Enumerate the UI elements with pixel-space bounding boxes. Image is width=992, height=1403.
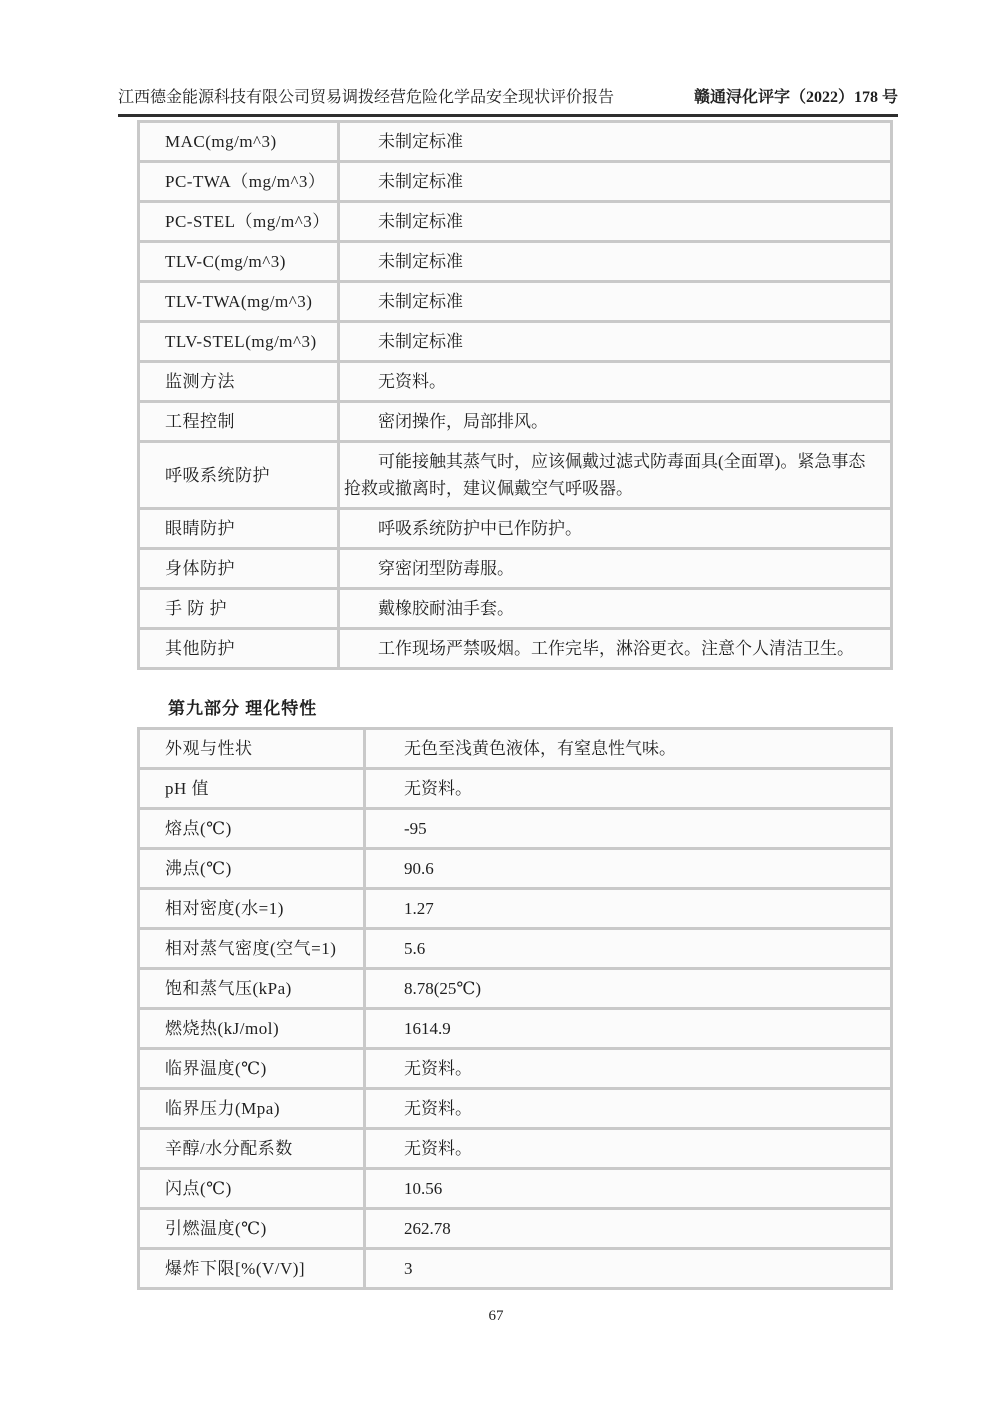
property-value: 无资料。 [339,362,892,402]
table-row: 临界压力(Mpa)无资料。 [139,1089,892,1129]
table-row: 相对蒸气密度(空气=1)5.6 [139,929,892,969]
table-row: 临界温度(℃)无资料。 [139,1049,892,1089]
property-value: 无资料。 [365,1049,892,1089]
property-label: 临界温度(℃) [139,1049,365,1089]
property-value: 呼吸系统防护中已作防护。 [339,509,892,549]
property-label: 呼吸系统防护 [139,442,339,509]
property-value: 8.78(25℃) [365,969,892,1009]
property-label: 眼睛防护 [139,509,339,549]
property-label: TLV-STEL(mg/m^3) [139,322,339,362]
property-value: 密闭操作，局部排风。 [339,402,892,442]
property-label: 引燃温度(℃) [139,1209,365,1249]
property-value: 未制定标准 [339,202,892,242]
page-header: 江西德金能源科技有限公司贸易调拨经营危险化学品安全现状评价报告 赣通浔化评字（2… [118,84,898,117]
property-value: 无色至浅黄色液体，有窒息性气味。 [365,729,892,769]
property-value: 未制定标准 [339,282,892,322]
header-document-number: 赣通浔化评字（2022）178 号 [694,84,898,107]
table-row: 其他防护工作现场严禁吸烟。工作完毕，淋浴更衣。注意个人清洁卫生。 [139,629,892,669]
table-row: 外观与性状无色至浅黄色液体，有窒息性气味。 [139,729,892,769]
report-page: 江西德金能源科技有限公司贸易调拨经营危险化学品安全现状评价报告 赣通浔化评字（2… [0,0,992,1403]
table-row: 爆炸下限[%(V/V)]3 [139,1249,892,1289]
table-row: 监测方法无资料。 [139,362,892,402]
property-label: 外观与性状 [139,729,365,769]
property-value: 穿密闭型防毒服。 [339,549,892,589]
table-row: 沸点(℃)90.6 [139,849,892,889]
table-row: 饱和蒸气压(kPa)8.78(25℃) [139,969,892,1009]
physicochemical-properties-table: 外观与性状无色至浅黄色液体，有窒息性气味。pH 值无资料。熔点(℃)-95沸点(… [137,727,893,1290]
property-value: 90.6 [365,849,892,889]
property-value: 未制定标准 [339,322,892,362]
table-row: 眼睛防护呼吸系统防护中已作防护。 [139,509,892,549]
property-value: 262.78 [365,1209,892,1249]
property-value: 无资料。 [365,1129,892,1169]
table-row: 闪点(℃)10.56 [139,1169,892,1209]
property-label: 辛醇/水分配系数 [139,1129,365,1169]
property-value: 无资料。 [365,769,892,809]
table-row: 燃烧热(kJ/mol)1614.9 [139,1009,892,1049]
property-value: 戴橡胶耐油手套。 [339,589,892,629]
property-value: 3 [365,1249,892,1289]
table-row: pH 值无资料。 [139,769,892,809]
page-footer: 67 [0,1308,992,1325]
property-value: 1614.9 [365,1009,892,1049]
property-label: pH 值 [139,769,365,809]
table-row: 熔点(℃)-95 [139,809,892,849]
table-row: 手 防 护戴橡胶耐油手套。 [139,589,892,629]
section-heading: 第九部分 理化特性 [168,694,317,719]
table-row: 工程控制密闭操作，局部排风。 [139,402,892,442]
table-row: TLV-TWA(mg/m^3)未制定标准 [139,282,892,322]
property-label: 闪点(℃) [139,1169,365,1209]
properties-table-body: 外观与性状无色至浅黄色液体，有窒息性气味。pH 值无资料。熔点(℃)-95沸点(… [139,729,892,1289]
property-value: -95 [365,809,892,849]
property-value: 无资料。 [365,1089,892,1129]
property-label: 工程控制 [139,402,339,442]
table-row: TLV-STEL(mg/m^3)未制定标准 [139,322,892,362]
property-value: 10.56 [365,1169,892,1209]
property-label: 饱和蒸气压(kPa) [139,969,365,1009]
property-value: 未制定标准 [339,162,892,202]
property-value: 1.27 [365,889,892,929]
property-label: 临界压力(Mpa) [139,1089,365,1129]
property-value: 工作现场严禁吸烟。工作完毕，淋浴更衣。注意个人清洁卫生。 [339,629,892,669]
table-row: 引燃温度(℃)262.78 [139,1209,892,1249]
property-label: 爆炸下限[%(V/V)] [139,1249,365,1289]
table-row: 身体防护穿密闭型防毒服。 [139,549,892,589]
property-label: TLV-TWA(mg/m^3) [139,282,339,322]
property-label: 燃烧热(kJ/mol) [139,1009,365,1049]
property-label: 相对蒸气密度(空气=1) [139,929,365,969]
table-row: 辛醇/水分配系数无资料。 [139,1129,892,1169]
occupational-table-body: MAC(mg/m^3)未制定标准PC-TWA（mg/m^3）未制定标准PC-ST… [139,122,892,669]
property-label: 相对密度(水=1) [139,889,365,929]
property-label: 熔点(℃) [139,809,365,849]
property-label: MAC(mg/m^3) [139,122,339,162]
property-value: 未制定标准 [339,242,892,282]
property-label: 监测方法 [139,362,339,402]
property-label: 沸点(℃) [139,849,365,889]
property-value: 未制定标准 [339,122,892,162]
table-row: PC-TWA（mg/m^3）未制定标准 [139,162,892,202]
table-row: 呼吸系统防护可能接触其蒸气时，应该佩戴过滤式防毒面具(全面罩)。紧急事态抢救或撤… [139,442,892,509]
table-row: MAC(mg/m^3)未制定标准 [139,122,892,162]
table-row: TLV-C(mg/m^3)未制定标准 [139,242,892,282]
property-label: 其他防护 [139,629,339,669]
property-value: 可能接触其蒸气时，应该佩戴过滤式防毒面具(全面罩)。紧急事态抢救或撤离时，建议佩… [339,442,892,509]
table-row: 相对密度(水=1)1.27 [139,889,892,929]
header-report-title: 江西德金能源科技有限公司贸易调拨经营危险化学品安全现状评价报告 [118,84,614,107]
property-label: TLV-C(mg/m^3) [139,242,339,282]
property-label: 手 防 护 [139,589,339,629]
page-number: 67 [489,1308,504,1324]
property-value: 5.6 [365,929,892,969]
occupational-exposure-protection-table: MAC(mg/m^3)未制定标准PC-TWA（mg/m^3）未制定标准PC-ST… [137,120,893,670]
property-label: 身体防护 [139,549,339,589]
property-label: PC-STEL（mg/m^3） [139,202,339,242]
table-row: PC-STEL（mg/m^3）未制定标准 [139,202,892,242]
property-label: PC-TWA（mg/m^3） [139,162,339,202]
